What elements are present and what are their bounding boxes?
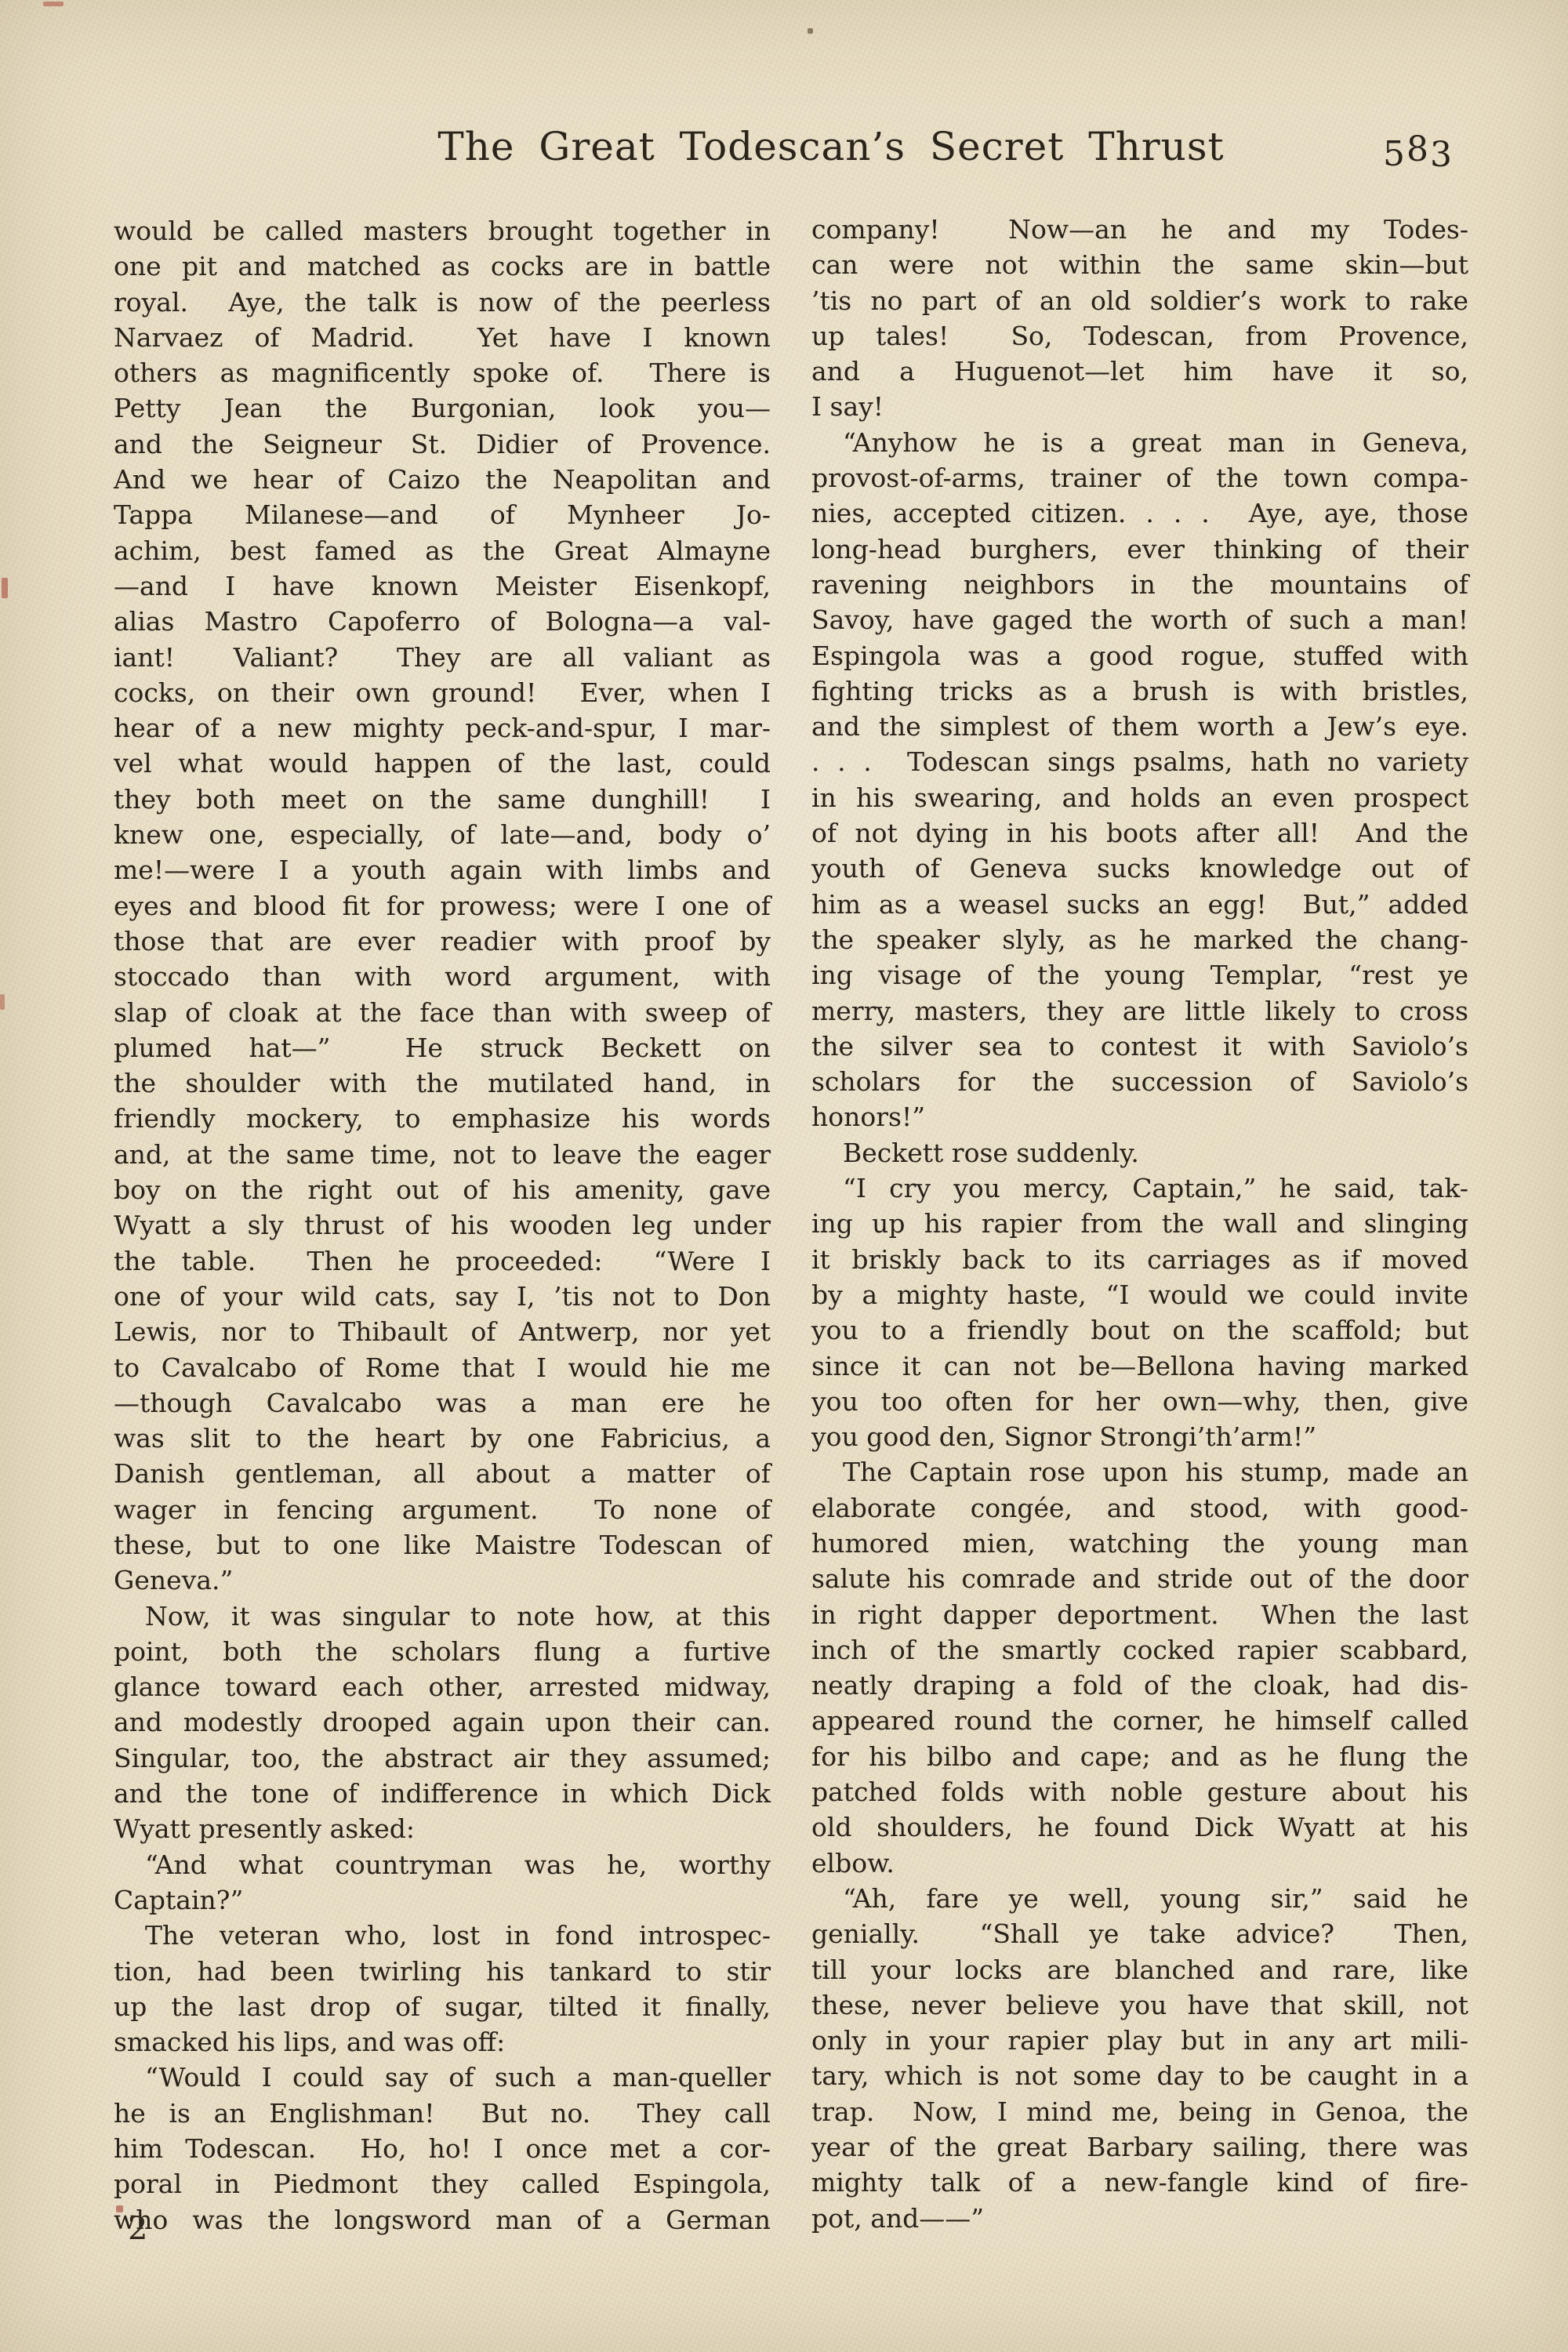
edge-mark <box>116 2205 123 2212</box>
text-line: Geneva.” <box>114 1563 771 1598</box>
text-line: and, at the same time, not to leave the … <box>114 1137 771 1172</box>
paragraph: Beckett rose suddenly. <box>811 1135 1468 1171</box>
text-line: Wyatt a sly thrust of his wooden leg und… <box>114 1207 771 1243</box>
text-line: Now, it was singular to note how, at thi… <box>114 1599 771 1634</box>
text-line: “I cry you mercy, Captain,” he said, tak… <box>811 1171 1468 1206</box>
paragraph: company! Now—an he and my Todes-can were… <box>811 212 1468 425</box>
text-line: he is an Englishman! But no. They call <box>114 2096 771 2131</box>
text-line: Lewis, nor to Thibault of Antwerp, nor y… <box>114 1314 771 1349</box>
text-line: the shoulder with the mutilated hand, in <box>114 1065 771 1101</box>
text-line: you too often for her own—why, then, giv… <box>811 1384 1468 1419</box>
page-number-digit: 3 <box>1430 135 1454 175</box>
text-line: for his bilbo and cape; and as he flung … <box>811 1739 1468 1774</box>
text-line: in right dapper deportment. When the las… <box>811 1597 1468 1632</box>
text-line: ’tis no part of an old soldier’s work to… <box>811 283 1468 318</box>
paragraph: “Ah, fare ye well, young sir,” said hege… <box>811 1881 1468 2236</box>
text-line: inch of the smartly cocked rapier scabba… <box>811 1632 1468 1668</box>
text-line: others as magnificently spoke of. There … <box>114 355 771 390</box>
text-line: boy on the right out of his amenity, gav… <box>114 1172 771 1207</box>
text-line: achim, best famed as the Great Almayne <box>114 533 771 568</box>
text-line: Petty Jean the Burgonian, look you— <box>114 390 771 426</box>
text-line: Beckett rose suddenly. <box>811 1135 1468 1171</box>
text-line: up the last drop of sugar, tilted it fin… <box>114 1989 771 2024</box>
text-line: since it can not be—Bellona having marke… <box>811 1348 1468 1384</box>
paragraph: The veteran who, lost in fond introspec-… <box>114 1918 771 2060</box>
text-line: The veteran who, lost in fond introspec- <box>114 1918 771 1953</box>
text-line: ing up his rapier from the wall and slin… <box>811 1206 1468 1241</box>
text-line: nies, accepted citizen. . . . Aye, aye, … <box>811 495 1468 531</box>
text-line: who was the longsword man of a German <box>114 2202 771 2238</box>
text-line: cocks, on their own ground! Ever, when I <box>114 675 771 710</box>
text-line: eyes and blood fit for prowess; were I o… <box>114 888 771 924</box>
text-line: Savoy, have gaged the worth of such a ma… <box>811 602 1468 637</box>
edge-mark <box>43 2 64 6</box>
text-line: slap of cloak at the face than with swee… <box>114 995 771 1030</box>
text-line: Danish gentleman, all about a matter of <box>114 1456 771 1491</box>
edge-mark <box>2 578 8 598</box>
text-line: you good den, Signor Strongi’th’arm!” <box>811 1419 1468 1454</box>
text-line: “Anyhow he is a great man in Geneva, <box>811 425 1468 460</box>
text-line: provost-of-arms, trainer of the town com… <box>811 460 1468 495</box>
text-line: and the simplest of them worth a Jew’s e… <box>811 709 1468 744</box>
page-header: The Great Todescan’s Secret Thrust <box>94 124 1568 169</box>
text-line: and modestly drooped again upon their ca… <box>114 1704 771 1740</box>
text-line: Singular, too, the abstract air they ass… <box>114 1740 771 1776</box>
text-line: iant! Valiant? They are all valiant as <box>114 640 771 675</box>
text-line: elbow. <box>811 1846 1468 1881</box>
text-line: point, both the scholars flung a furtive <box>114 1634 771 1669</box>
edge-mark <box>0 994 5 1010</box>
text-line: neatly draping a fold of the cloak, had … <box>811 1668 1468 1703</box>
text-line: these, never believe you have that skill… <box>811 1987 1468 2023</box>
text-line: humored mien, watching the young man <box>811 1526 1468 1561</box>
text-line: scholars for the succession of Saviolo’s <box>811 1064 1468 1099</box>
text-line: elaborate congée, and stood, with good- <box>811 1490 1468 1526</box>
text-line: trap. Now, I mind me, being in Genoa, th… <box>811 2094 1468 2129</box>
text-line: plumed hat—” He struck Beckett on <box>114 1030 771 1065</box>
text-line: ravening neighbors in the mountains of <box>811 567 1468 602</box>
paragraph: “I cry you mercy, Captain,” he said, tak… <box>811 1171 1468 1454</box>
text-line: can were not within the same skin—but <box>811 247 1468 282</box>
text-line: royal. Aye, the talk is now of the peerl… <box>114 285 771 320</box>
text-line: those that are ever readier with proof b… <box>114 924 771 959</box>
text-line: merry, masters, they are little likely t… <box>811 993 1468 1029</box>
text-line: friendly mockery, to emphasize his words <box>114 1101 771 1136</box>
text-line: appeared round the corner, he himself ca… <box>811 1703 1468 1738</box>
text-line: mighty talk of a new-fangle kind of fire… <box>811 2165 1468 2200</box>
text-line: . . . Todescan sings psalms, hath no var… <box>811 744 1468 779</box>
text-line: Tappa Milanese—and of Mynheer Jo- <box>114 497 771 532</box>
text-line: fighting tricks as a brush is with brist… <box>811 673 1468 709</box>
text-line: pot, and——” <box>811 2201 1468 2236</box>
paragraph: “And what countryman was he, worthyCapta… <box>114 1847 771 1918</box>
text-column-left: would be called masters brought together… <box>114 213 771 2238</box>
text-line: hear of a new mighty peck-and-spur, I ma… <box>114 710 771 746</box>
edge-mark <box>808 28 813 34</box>
text-line: —and I have known Meister Eisenkopf, <box>114 568 771 604</box>
text-line: to Cavalcabo of Rome that I would hie me <box>114 1350 771 1385</box>
text-line: the silver sea to contest it with Saviol… <box>811 1029 1468 1064</box>
text-line: knew one, especially, of late—and, body … <box>114 817 771 852</box>
text-line: it briskly back to its carriages as if m… <box>811 1242 1468 1277</box>
text-line: And we hear of Caizo the Neapolitan and <box>114 462 771 497</box>
text-column-right: company! Now—an he and my Todes-can were… <box>811 212 1468 2236</box>
text-line: wager in fencing argument. To none of <box>114 1492 771 1527</box>
text-line: you to a friendly bout on the scaffold; … <box>811 1312 1468 1348</box>
text-line: “And what countryman was he, worthy <box>114 1847 771 1882</box>
page-number-digit: 5 <box>1383 134 1406 174</box>
text-line: till your locks are blanched and rare, l… <box>811 1952 1468 1987</box>
paragraph: The Captain rose upon his stump, made an… <box>811 1454 1468 1881</box>
text-line: I say! <box>811 389 1468 424</box>
text-line: only in your rapier play but in any art … <box>811 2023 1468 2058</box>
text-line: vel what would happen of the last, could <box>114 746 771 781</box>
text-line: and the Seigneur St. Didier of Provence. <box>114 426 771 462</box>
text-line: glance toward each other, arrested midwa… <box>114 1669 771 1704</box>
text-line: Narvaez of Madrid. Yet have I known <box>114 320 771 355</box>
text-line: old shoulders, he found Dick Wyatt at hi… <box>811 1809 1468 1845</box>
scanned-book-page: The Great Todescan’s Secret Thrust 583 w… <box>0 0 1568 2352</box>
text-line: of not dying in his boots after all! And… <box>811 815 1468 851</box>
text-line: him Todescan. Ho, ho! I once met a cor- <box>114 2131 771 2166</box>
text-line: The Captain rose upon his stump, made an <box>811 1454 1468 1490</box>
page-title: The Great Todescan’s Secret Thrust <box>437 124 1224 169</box>
text-line: the table. Then he proceeded: “Were I <box>114 1243 771 1279</box>
text-line: year of the great Barbary sailing, there… <box>811 2129 1468 2165</box>
text-line: “Ah, fare ye well, young sir,” said he <box>811 1881 1468 1916</box>
text-line: up tales! So, Todescan, from Provence, <box>811 318 1468 354</box>
text-line: in his swearing, and holds an even prosp… <box>811 780 1468 815</box>
text-line: Captain?” <box>114 1882 771 1918</box>
text-line: honors!” <box>811 1099 1468 1134</box>
text-line: they both meet on the same dunghill! I <box>114 782 771 817</box>
text-line: him as a weasel sucks an egg! But,” adde… <box>811 887 1468 922</box>
text-line: one pit and matched as cocks are in batt… <box>114 249 771 284</box>
paragraph: Now, it was singular to note how, at thi… <box>114 1599 771 1847</box>
text-line: poral in Piedmont they called Espingola, <box>114 2166 771 2201</box>
paragraph: “Would I could say of such a man-queller… <box>114 2060 771 2237</box>
text-line: alias Mastro Capoferro of Bologna—a val- <box>114 604 771 639</box>
paragraph: would be called masters brought together… <box>114 213 771 1599</box>
text-line: salute his comrade and stride out of the… <box>811 1561 1468 1596</box>
text-line: would be called masters brought together… <box>114 213 771 249</box>
text-line: Wyatt presently asked: <box>114 1811 771 1846</box>
page-number-digit: 8 <box>1406 129 1430 169</box>
text-line: long-head burghers, ever thinking of the… <box>811 532 1468 567</box>
text-line: stoccado than with word argument, with <box>114 959 771 994</box>
text-line: and the tone of indifference in which Di… <box>114 1776 771 1811</box>
text-line: these, but to one like Maistre Todescan … <box>114 1527 771 1563</box>
paragraph: “Anyhow he is a great man in Geneva,prov… <box>811 425 1468 1135</box>
text-line: me!—were I a youth again with limbs and <box>114 852 771 887</box>
text-line: tary, which is not some day to be caught… <box>811 2058 1468 2093</box>
text-line: Espingola was a good rogue, stuffed with <box>811 638 1468 673</box>
text-line: tion, had been twirling his tankard to s… <box>114 1954 771 1989</box>
text-line: “Would I could say of such a man-queller <box>114 2060 771 2095</box>
text-line: smacked his lips, and was off: <box>114 2024 771 2060</box>
text-line: —though Cavalcabo was a man ere he <box>114 1385 771 1421</box>
text-line: was slit to the heart by one Fabricius, … <box>114 1421 771 1456</box>
text-line: patched folds with noble gesture about h… <box>811 1774 1468 1809</box>
text-line: genially. “Shall ye take advice? Then, <box>811 1916 1468 1951</box>
text-line: by a mighty haste, “I would we could inv… <box>811 1277 1468 1312</box>
text-line: one of your wild cats, say I, ’tis not t… <box>114 1279 771 1314</box>
text-line: company! Now—an he and my Todes- <box>811 212 1468 247</box>
text-line: youth of Geneva sucks knowledge out of <box>811 851 1468 886</box>
page-number: 583 <box>1383 130 1454 170</box>
signature-mark: 2 <box>128 2211 147 2247</box>
text-line: and a Huguenot—let him have it so, <box>811 354 1468 389</box>
text-line: ing visage of the young Templar, “rest y… <box>811 957 1468 993</box>
text-line: the speaker slyly, as he marked the chan… <box>811 922 1468 957</box>
